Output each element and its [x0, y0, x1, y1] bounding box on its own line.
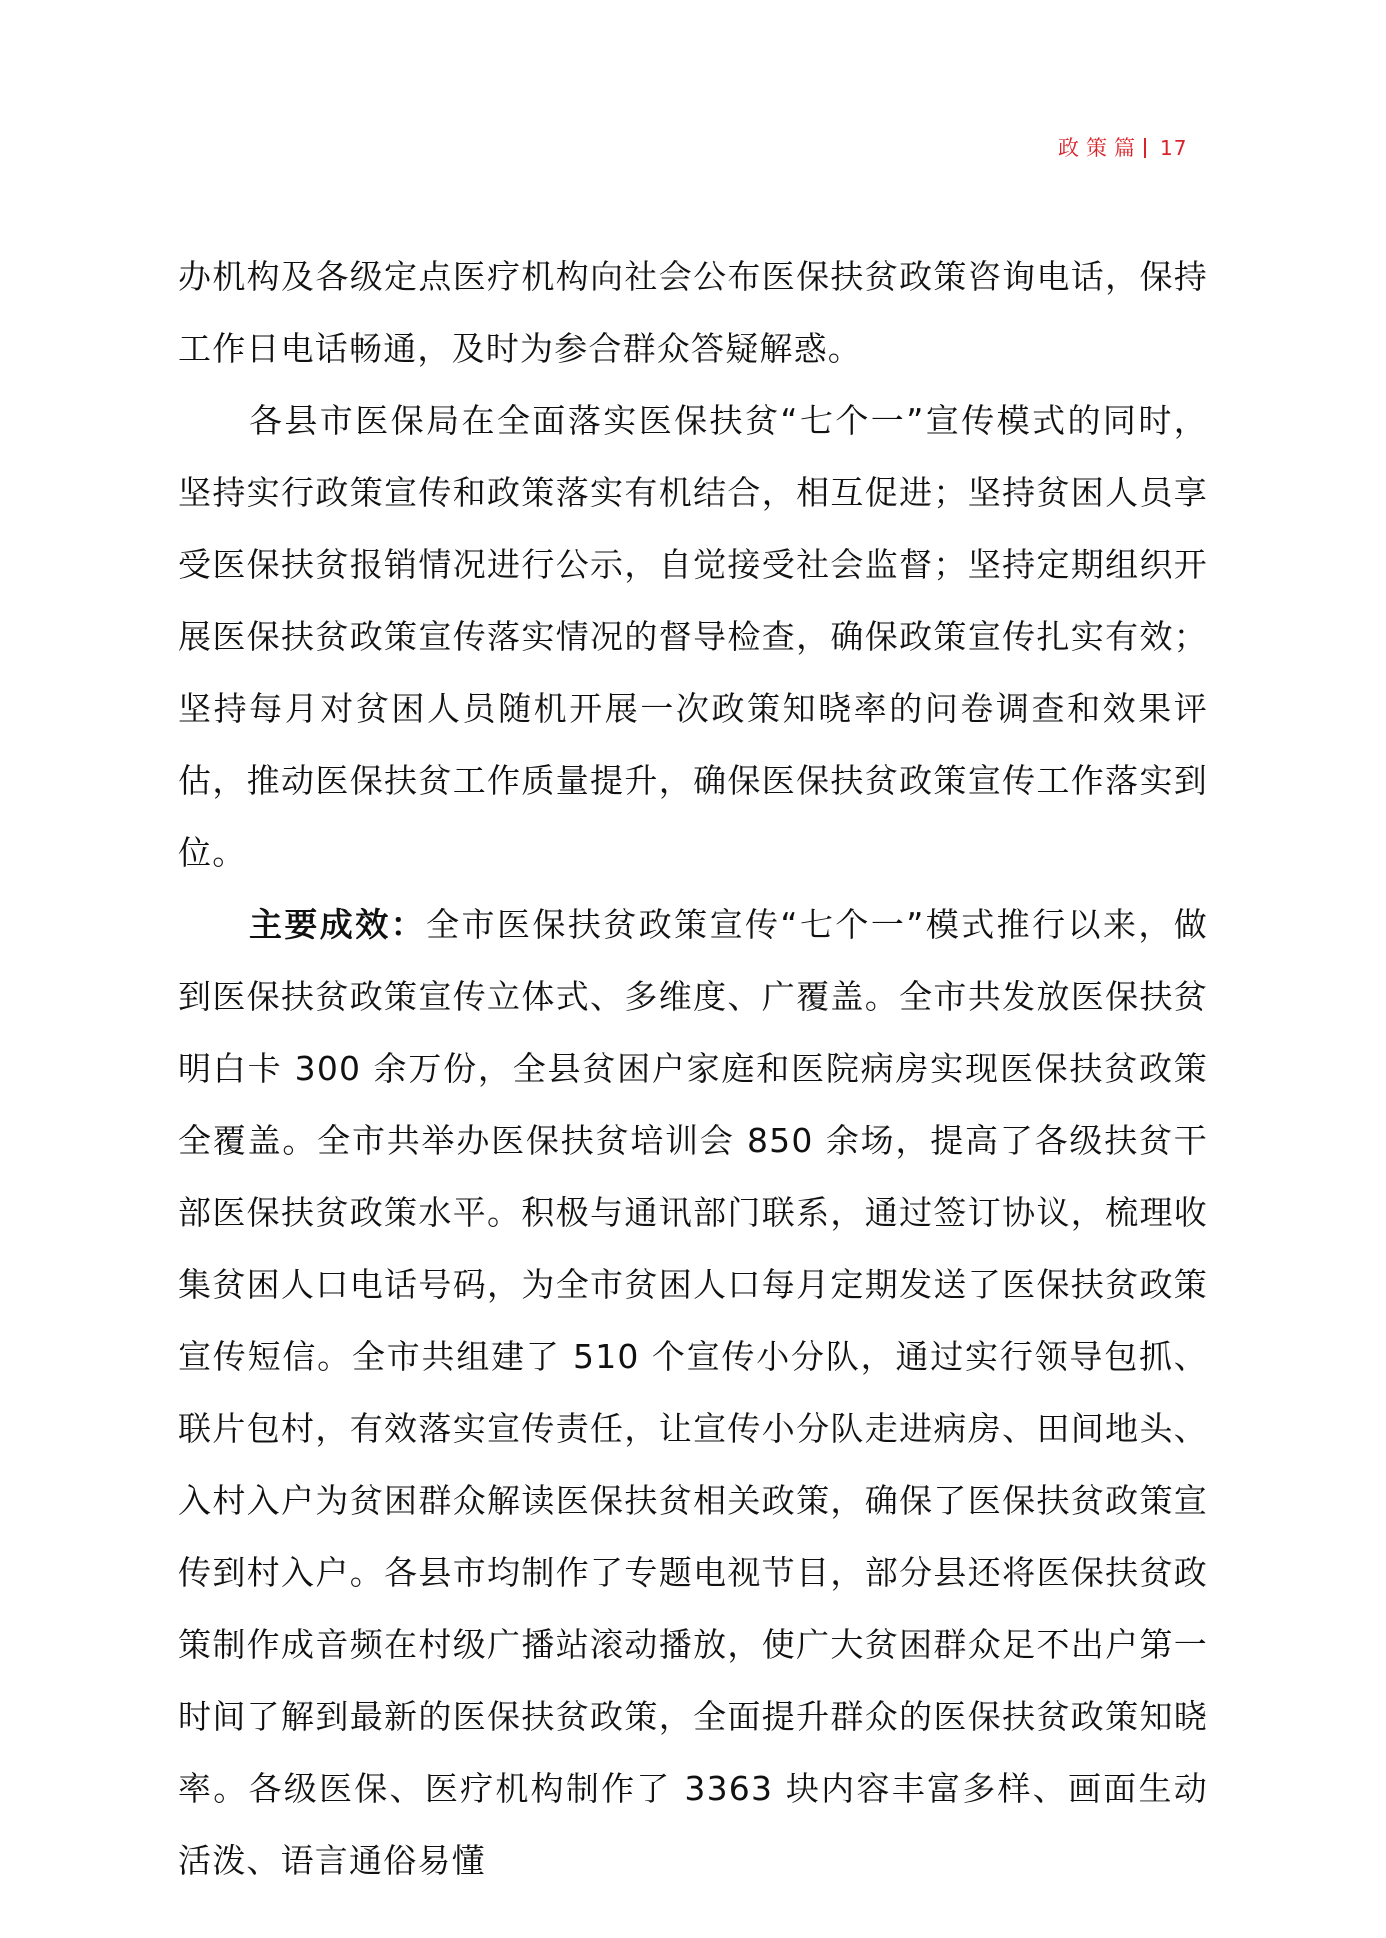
header-divider [1144, 138, 1146, 158]
main-results-heading: 主要成效： [249, 905, 426, 944]
paragraph-publicity-measures: 各县市医保局在全面落实医保扶贫“七个一”宣传模式的同时，坚持实行政策宣传和政策落… [178, 385, 1208, 889]
main-results-text: 全市医保扶贫政策宣传“七个一”模式推行以来，做到医保扶贫政策宣传立体式、多维度、… [178, 905, 1208, 1880]
page-number: 17 [1160, 133, 1187, 163]
body-text: 办机构及各级定点医疗机构向社会公布医保扶贫政策咨询电话，保持工作日电话畅通，及时… [178, 241, 1208, 1897]
paragraph-continuation: 办机构及各级定点医疗机构向社会公布医保扶贫政策咨询电话，保持工作日电话畅通，及时… [178, 241, 1208, 385]
section-title: 政策篇 [1058, 133, 1142, 163]
running-header: 政策篇 17 [1058, 133, 1187, 163]
paragraph-main-results: 主要成效：全市医保扶贫政策宣传“七个一”模式推行以来，做到医保扶贫政策宣传立体式… [178, 889, 1208, 1897]
